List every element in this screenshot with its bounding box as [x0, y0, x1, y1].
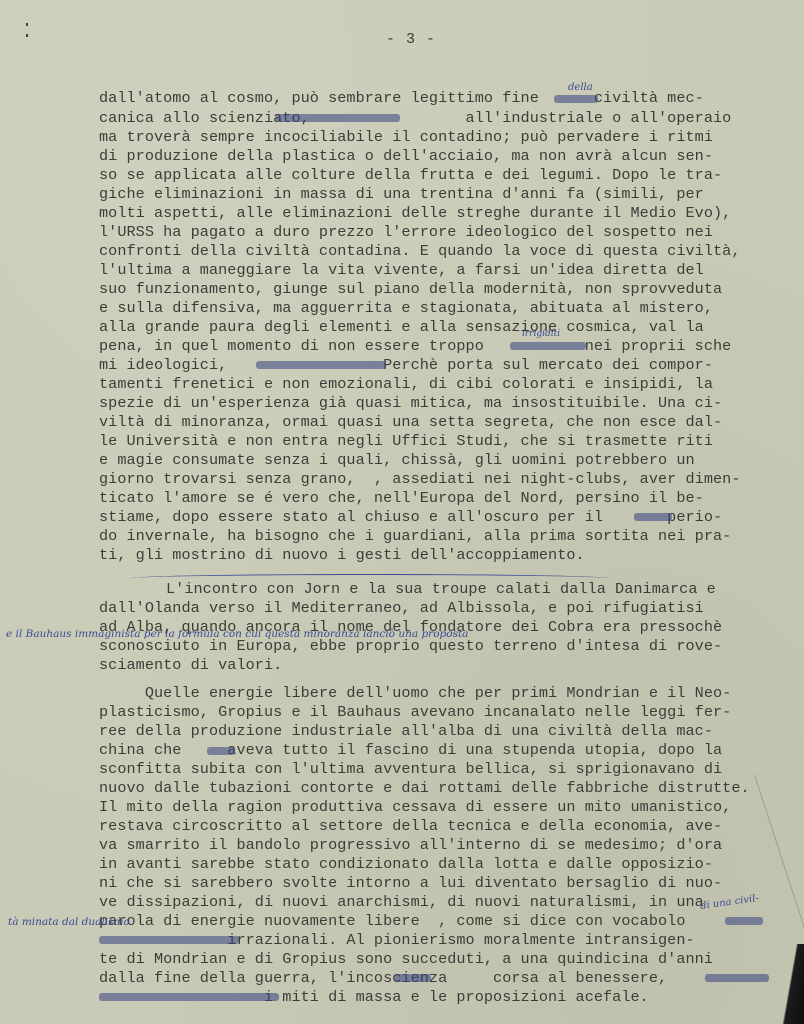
struck-word	[256, 361, 386, 369]
text-line: in avanti sarebbe stato condizionato dal…	[99, 854, 713, 874]
text-line: suo funzionamento, giunge sul piano dell…	[99, 279, 722, 299]
text-line: plasticismo, Gropius e il Bauhaus avevan…	[99, 702, 731, 722]
text-line: Quelle energie libere dell'uomo che per …	[99, 683, 731, 703]
text-line: ree della produzione industriale all'alb…	[99, 721, 713, 741]
handwritten-annotation: irrigiditi	[522, 329, 560, 339]
struck-word	[705, 974, 769, 982]
text-line: do invernale, ha bisogno che i guardiani…	[99, 526, 731, 546]
text-line: Il mito della ragion produttiva cessava …	[99, 797, 731, 817]
struck-word	[276, 114, 400, 122]
text-line: so se applicata alle colture della frutt…	[99, 165, 722, 185]
struck-word	[395, 974, 431, 982]
text-line: l'ultima a maneggiare la vita vivente, a…	[99, 260, 704, 280]
text-line: viltà di minoranza, ormai quasi una sett…	[99, 412, 722, 432]
handwritten-annotation: di una civil-	[700, 893, 760, 912]
text-line: di produzione della plastica o dell'acci…	[99, 146, 713, 166]
paper-crease	[754, 775, 804, 966]
text-line: canica allo scienziato, all'industriale …	[99, 108, 731, 128]
text-line: L'incontro con Jorn e la sua troupe cala…	[166, 579, 716, 599]
page-number: - 3 -	[386, 31, 436, 48]
text-line: sciamento di valori.	[99, 655, 282, 675]
text-line: nuovo dalle tubazioni contorte e dai rot…	[99, 778, 750, 798]
text-line: spezie di un'esperienza già quasi mitica…	[99, 393, 722, 413]
text-line: e magie consumate senza i quali, chissà,…	[99, 450, 695, 470]
struck-word	[634, 513, 672, 521]
text-line: molti aspetti, alle eliminazioni delle s…	[99, 203, 731, 223]
struck-word	[99, 936, 239, 944]
text-line: stiame, dopo essere stato al chiuso e al…	[99, 507, 722, 527]
text-line: te di Mondrian e di Gropius sono succedu…	[99, 949, 713, 969]
text-line: dall'atomo al cosmo, può sembrare legitt…	[99, 88, 704, 108]
paper-corner-fold	[782, 944, 804, 1024]
text-line: confronti della civiltà contadina. E qua…	[99, 241, 740, 261]
text-line: ticato l'amore se é vero che, nell'Europ…	[99, 488, 704, 508]
text-line: tamenti frenetici e non emozionali, di c…	[99, 374, 713, 394]
text-line: le Università e non entra negli Uffici S…	[99, 431, 713, 451]
text-line: ve dissipazioni, di nuovi anarchismi, di…	[99, 892, 704, 912]
margin-mark	[26, 23, 28, 26]
text-line: alla grande paura degli elementi e alla …	[99, 317, 704, 337]
handwritten-annotation: e il Bauhaus immaginista per la formula …	[6, 628, 468, 640]
struck-word	[725, 917, 763, 925]
text-line: sconfitta subita con l'ultima avventura …	[99, 759, 722, 779]
handwritten-annotation: della	[568, 82, 593, 93]
text-line: dall'Olanda verso il Mediterraneo, ad Al…	[99, 598, 704, 618]
margin-mark	[26, 34, 28, 37]
struck-word	[207, 747, 235, 755]
text-line: pena, in quel momento di non essere trop…	[99, 336, 731, 356]
struck-word	[554, 95, 598, 103]
text-line: parola di energie nuovamente libere , co…	[99, 911, 731, 931]
text-line: ni che si sarebbero svolte intorno a lui…	[99, 873, 722, 893]
text-line: china che aveva tutto il fascino di una …	[99, 740, 722, 760]
struck-word	[510, 342, 586, 350]
text-line: giche eliminazioni in massa di una trent…	[99, 184, 704, 204]
text-line: restava circoscritto al settore della te…	[99, 816, 722, 836]
text-line: l'URSS ha pagato a duro prezzo l'errore …	[99, 222, 713, 242]
text-line: e sulla difensiva, ma agguerrita e stagi…	[99, 298, 713, 318]
text-line: giorno trovarsi senza grano, , assediati…	[99, 469, 740, 489]
text-line: ma troverà sempre incociliabile il conta…	[99, 127, 713, 147]
text-line: va smarrito il bandolo progressivo all'i…	[99, 835, 722, 855]
text-line: ti, gli mostrino di nuovo i gesti dell'a…	[99, 545, 585, 565]
struck-word	[99, 993, 279, 1001]
handwritten-annotation: tà minata dal dualismo	[8, 916, 130, 928]
text-line: mi ideologici, Perchè porta sul mercato …	[99, 355, 713, 375]
